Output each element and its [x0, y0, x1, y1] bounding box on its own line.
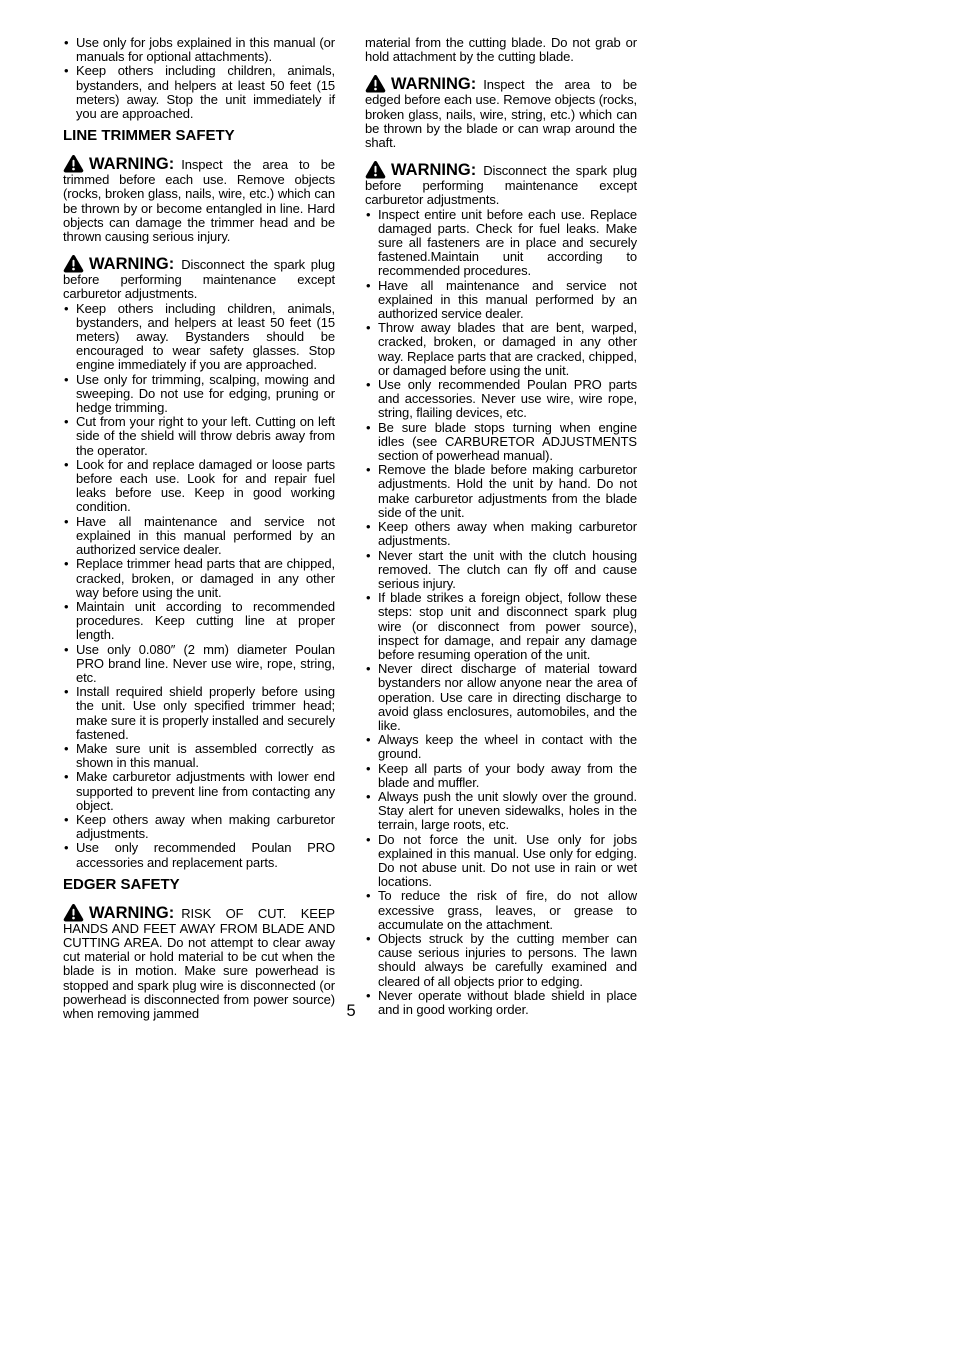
intro-bullet-list: •Use only for jobs explained in this man…: [63, 36, 335, 121]
list-item: •Have all maintenance and service not ex…: [365, 279, 637, 322]
list-item: •Keep others including children, animals…: [63, 302, 335, 373]
bullet-icon: •: [64, 373, 68, 387]
list-item-text: Replace trimmer head parts that are chip…: [76, 556, 335, 599]
warning-paragraph-edger-sparkplug: WARNING:Disconnect the spark plug before…: [365, 160, 637, 207]
bullet-icon: •: [366, 520, 370, 534]
list-item: •Never direct discharge of material towa…: [365, 662, 637, 733]
list-item-text: Never start the unit with the clutch hou…: [378, 548, 637, 591]
warning-label: WARNING:: [89, 255, 174, 273]
list-item-text: Always keep the wheel in contact with th…: [378, 732, 637, 761]
list-item-text: Have all maintenance and service not exp…: [76, 514, 335, 557]
list-item-text: Be sure blade stops turning when engine …: [378, 420, 637, 463]
bullet-icon: •: [366, 549, 370, 563]
list-item: •Use only recommended Poulan PRO parts a…: [365, 378, 637, 421]
trimmer-safety-bullet-list: •Keep others including children, animals…: [63, 302, 335, 870]
list-item-text: Use only recommended Poulan PRO accessor…: [76, 840, 335, 869]
warning-triangle-icon: [365, 160, 386, 179]
bullet-icon: •: [64, 458, 68, 472]
two-column-layout: •Use only for jobs explained in this man…: [63, 36, 637, 1021]
bullet-icon: •: [366, 421, 370, 435]
list-item-text: Make carburetor adjustments with lower e…: [76, 769, 335, 812]
list-item-text: Remove the blade before making carbureto…: [378, 462, 637, 520]
bullet-icon: •: [366, 762, 370, 776]
list-item: •Look for and replace damaged or loose p…: [63, 458, 335, 515]
bullet-icon: •: [366, 378, 370, 392]
list-item: •Keep all parts of your body away from t…: [365, 762, 637, 790]
left-column: •Use only for jobs explained in this man…: [63, 36, 335, 1021]
list-item-text: Use only for jobs explained in this manu…: [76, 35, 335, 64]
list-item: •Have all maintenance and service not ex…: [63, 515, 335, 558]
list-item: •Inspect entire unit before each use. Re…: [365, 208, 637, 279]
list-item: •Never start the unit with the clutch ho…: [365, 549, 637, 592]
list-item: •Use only for jobs explained in this man…: [63, 36, 335, 64]
warning-triangle-icon: [365, 74, 386, 93]
bullet-icon: •: [64, 302, 68, 316]
list-item-text: Keep others away when making carburetor …: [378, 519, 637, 548]
list-item: •Remove the blade before making carburet…: [365, 463, 637, 520]
list-item: •If blade strikes a foreign object, foll…: [365, 591, 637, 662]
bullet-icon: •: [366, 790, 370, 804]
list-item: •Use only for trimming, scalping, mowing…: [63, 373, 335, 416]
list-item: •Keep others away when making carburetor…: [365, 520, 637, 548]
manual-page: •Use only for jobs explained in this man…: [0, 0, 954, 1348]
list-item: •Always keep the wheel in contact with t…: [365, 733, 637, 761]
bullet-icon: •: [366, 463, 370, 477]
bullet-icon: •: [64, 600, 68, 614]
bullet-icon: •: [366, 321, 370, 335]
list-item: •Throw away blades that are bent, warped…: [365, 321, 637, 378]
list-item-text: Never direct discharge of material towar…: [378, 661, 637, 733]
warning-triangle-icon: [63, 903, 84, 922]
list-item-text: Have all maintenance and service not exp…: [378, 278, 637, 321]
warning-triangle-icon: [63, 154, 84, 173]
bullet-icon: •: [64, 770, 68, 784]
list-item: •Replace trimmer head parts that are chi…: [63, 557, 335, 600]
bullet-icon: •: [64, 742, 68, 756]
list-item: •Do not force the unit. Use only for job…: [365, 833, 637, 890]
list-item: •Keep others including children, animals…: [63, 64, 335, 121]
bullet-icon: •: [366, 279, 370, 293]
continuation-paragraph: material from the cutting blade. Do not …: [365, 36, 637, 64]
warning-triangle-icon: [63, 254, 84, 273]
list-item: •Always push the unit slowly over the gr…: [365, 790, 637, 833]
line-trimmer-safety-heading: LINE TRIMMER SAFETY: [63, 128, 335, 144]
list-item-text: Keep others away when making carburetor …: [76, 812, 335, 841]
list-item-text: Look for and replace damaged or loose pa…: [76, 457, 335, 515]
edger-safety-heading: EDGER SAFETY: [63, 877, 335, 893]
bullet-icon: •: [64, 557, 68, 571]
bullet-icon: •: [64, 813, 68, 827]
list-item-text: Objects struck by the cutting member can…: [378, 931, 637, 989]
bullet-icon: •: [64, 36, 68, 50]
list-item: •Maintain unit according to recommended …: [63, 600, 335, 643]
bullet-icon: •: [64, 64, 68, 78]
bullet-icon: •: [64, 643, 68, 657]
list-item: •Cut from your right to your left. Cutti…: [63, 415, 335, 458]
list-item-text: Cut from your right to your left. Cuttin…: [76, 414, 335, 457]
bullet-icon: •: [64, 841, 68, 855]
list-item: •Make sure unit is assembled correctly a…: [63, 742, 335, 770]
warning-paragraph-edger-risk-of-cut: WARNING:RISK OF CUT. KEEP HANDS AND FEET…: [63, 903, 335, 1021]
bullet-icon: •: [64, 415, 68, 429]
list-item-text: Never operate without blade shield in pl…: [378, 988, 637, 1017]
list-item-text: Use only 0.080″ (2 mm) diameter Poulan P…: [76, 642, 335, 685]
warning-paragraph-trimmer-inspect: WARNING:Inspect the area to be trimmed b…: [63, 154, 335, 244]
list-item-text: Keep others including children, animals,…: [76, 301, 335, 373]
list-item: •Objects struck by the cutting member ca…: [365, 932, 637, 989]
bullet-icon: •: [366, 932, 370, 946]
bullet-icon: •: [366, 889, 370, 903]
list-item-text: If blade strikes a foreign object, follo…: [378, 590, 637, 662]
warning-label: WARNING:: [89, 155, 174, 173]
list-item-text: Keep all parts of your body away from th…: [378, 761, 637, 790]
warning-label: WARNING:: [391, 161, 476, 179]
list-item-text: Make sure unit is assembled correctly as…: [76, 741, 335, 770]
list-item-text: Do not force the unit. Use only for jobs…: [378, 832, 637, 890]
bullet-icon: •: [366, 591, 370, 605]
list-item: •Use only 0.080″ (2 mm) diameter Poulan …: [63, 643, 335, 686]
list-item: •Keep others away when making carburetor…: [63, 813, 335, 841]
warning-label: WARNING:: [89, 904, 174, 922]
list-item-text: Inspect entire unit before each use. Rep…: [378, 207, 637, 279]
warning-paragraph-trimmer-sparkplug: WARNING:Disconnect the spark plug before…: [63, 254, 335, 301]
list-item: •To reduce the risk of fire, do not allo…: [365, 889, 637, 932]
bullet-icon: •: [64, 685, 68, 699]
warning-paragraph-edger-inspect: WARNING:Inspect the area to be edged bef…: [365, 74, 637, 150]
warning-label: WARNING:: [391, 75, 476, 93]
bullet-icon: •: [64, 515, 68, 529]
list-item: •Use only recommended Poulan PRO accesso…: [63, 841, 335, 869]
bullet-icon: •: [366, 662, 370, 676]
list-item-text: Maintain unit according to recommended p…: [76, 599, 335, 642]
list-item: •Install required shield properly before…: [63, 685, 335, 742]
list-item-text: Throw away blades that are bent, warped,…: [378, 320, 637, 378]
list-item: •Never operate without blade shield in p…: [365, 989, 637, 1017]
list-item: •Be sure blade stops turning when engine…: [365, 421, 637, 464]
page-number: 5: [336, 1001, 366, 1021]
bullet-icon: •: [366, 833, 370, 847]
bullet-icon: •: [366, 989, 370, 1003]
bullet-icon: •: [366, 208, 370, 222]
list-item-text: Use only recommended Poulan PRO parts an…: [378, 377, 637, 420]
warning-text: RISK OF CUT. KEEP HANDS AND FEET AWAY FR…: [63, 906, 335, 1021]
list-item-text: Keep others including children, animals,…: [76, 63, 335, 121]
right-column: material from the cutting blade. Do not …: [365, 36, 637, 1021]
bullet-icon: •: [366, 733, 370, 747]
list-item-text: To reduce the risk of fire, do not allow…: [378, 888, 637, 931]
list-item-text: Use only for trimming, scalping, mowing …: [76, 372, 335, 415]
list-item: •Make carburetor adjustments with lower …: [63, 770, 335, 813]
list-item-text: Install required shield properly before …: [76, 684, 335, 742]
list-item-text: Always push the unit slowly over the gro…: [378, 789, 637, 832]
edger-safety-bullet-list: •Inspect entire unit before each use. Re…: [365, 208, 637, 1018]
